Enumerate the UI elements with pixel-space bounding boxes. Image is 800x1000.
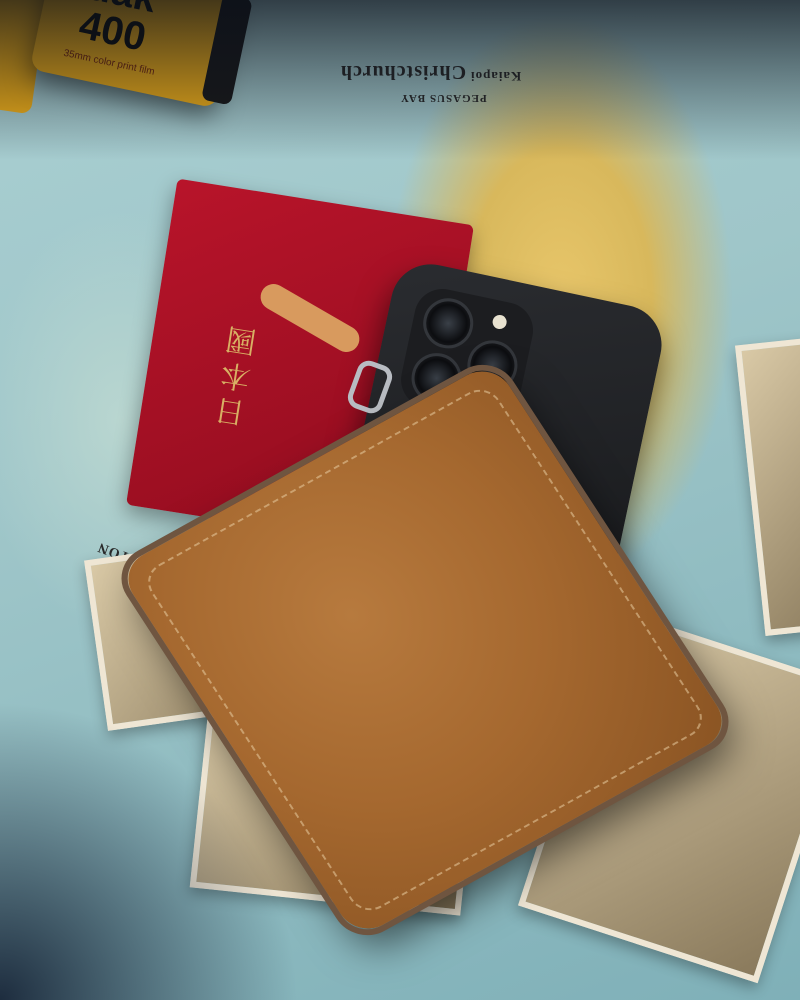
flash-icon bbox=[491, 314, 508, 331]
camera-lens-icon bbox=[419, 294, 478, 353]
photo-scene: Christchurch Kaiapoi PEGASUS BAY WELLING… bbox=[0, 0, 800, 1000]
shadow-overlay bbox=[0, 700, 300, 1000]
shadow-overlay bbox=[0, 0, 800, 160]
passport-title: 日本國 bbox=[210, 318, 270, 432]
